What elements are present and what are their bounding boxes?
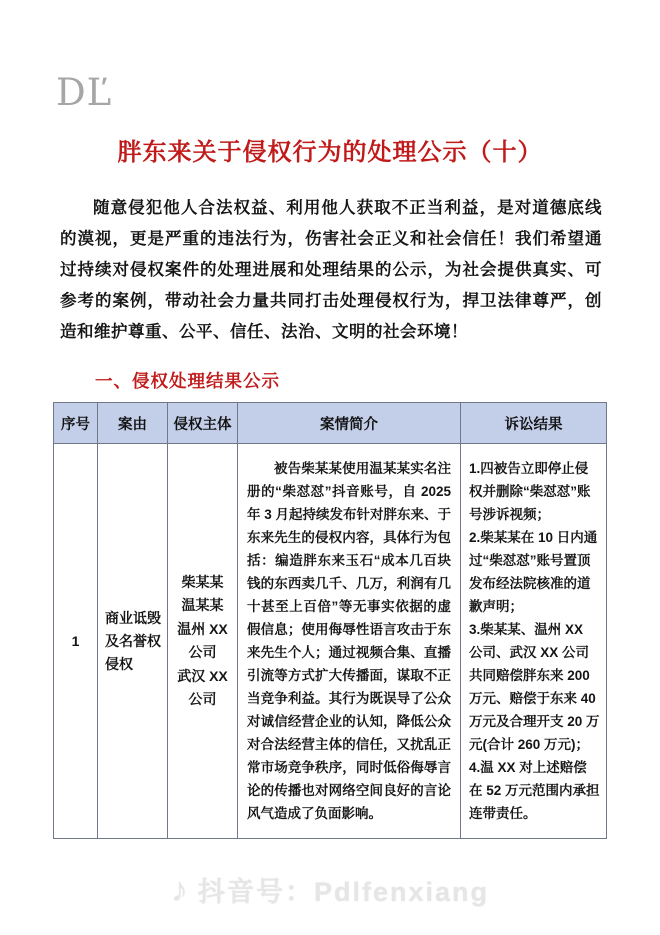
header-infringing-party: 侵权主体 [168, 403, 238, 444]
header-cause: 案由 [98, 403, 168, 444]
table-header-row: 序号 案由 侵权主体 案情简介 诉讼结果 [54, 403, 607, 444]
case-number-cell: 1 [54, 444, 98, 839]
section-heading: 一、侵权处理结果公示 [95, 368, 660, 393]
cases-table: 序号 案由 侵权主体 案情简介 诉讼结果 1 商业诋毁 及名誉权 侵权 柴某某 … [53, 402, 607, 839]
document-page: DĽ 胖东来关于侵权行为的处理公示（十） 随意侵犯他人合法权益、利用他人获取不正… [0, 0, 660, 935]
litigation-result-cell: 1.四被告立即停止侵权并删除“柴怼怼”账号涉诉视频； 2.柴某某在 10 日内通… [461, 444, 607, 839]
watermark: ♪ 抖音号：Pdlfenxiang [0, 870, 660, 909]
header-case-summary: 案情简介 [238, 403, 461, 444]
watermark-text: 抖音号：Pdlfenxiang [198, 870, 489, 909]
pangdonglai-dl-logo: DĽ [56, 74, 112, 111]
table-row: 1 商业诋毁 及名誉权 侵权 柴某某 温某某 温州 XX 公司 武汉 XX 公司… [54, 444, 607, 839]
header-litigation-result: 诉讼结果 [461, 403, 607, 444]
case-cause-cell: 商业诋毁 及名誉权 侵权 [98, 444, 168, 839]
case-summary-cell: 被告柴某某使用温某某实名注册的“柴怼怼”抖音账号，自 2025 年 3 月起持续… [238, 444, 461, 839]
header-case-number: 序号 [54, 403, 98, 444]
infringing-party-cell: 柴某某 温某某 温州 XX 公司 武汉 XX 公司 [168, 444, 238, 839]
intro-paragraph: 随意侵犯他人合法权益、利用他人获取不正当利益，是对道德底线的漠视，更是严重的违法… [60, 193, 602, 348]
douyin-note-icon: ♪ [171, 873, 188, 907]
